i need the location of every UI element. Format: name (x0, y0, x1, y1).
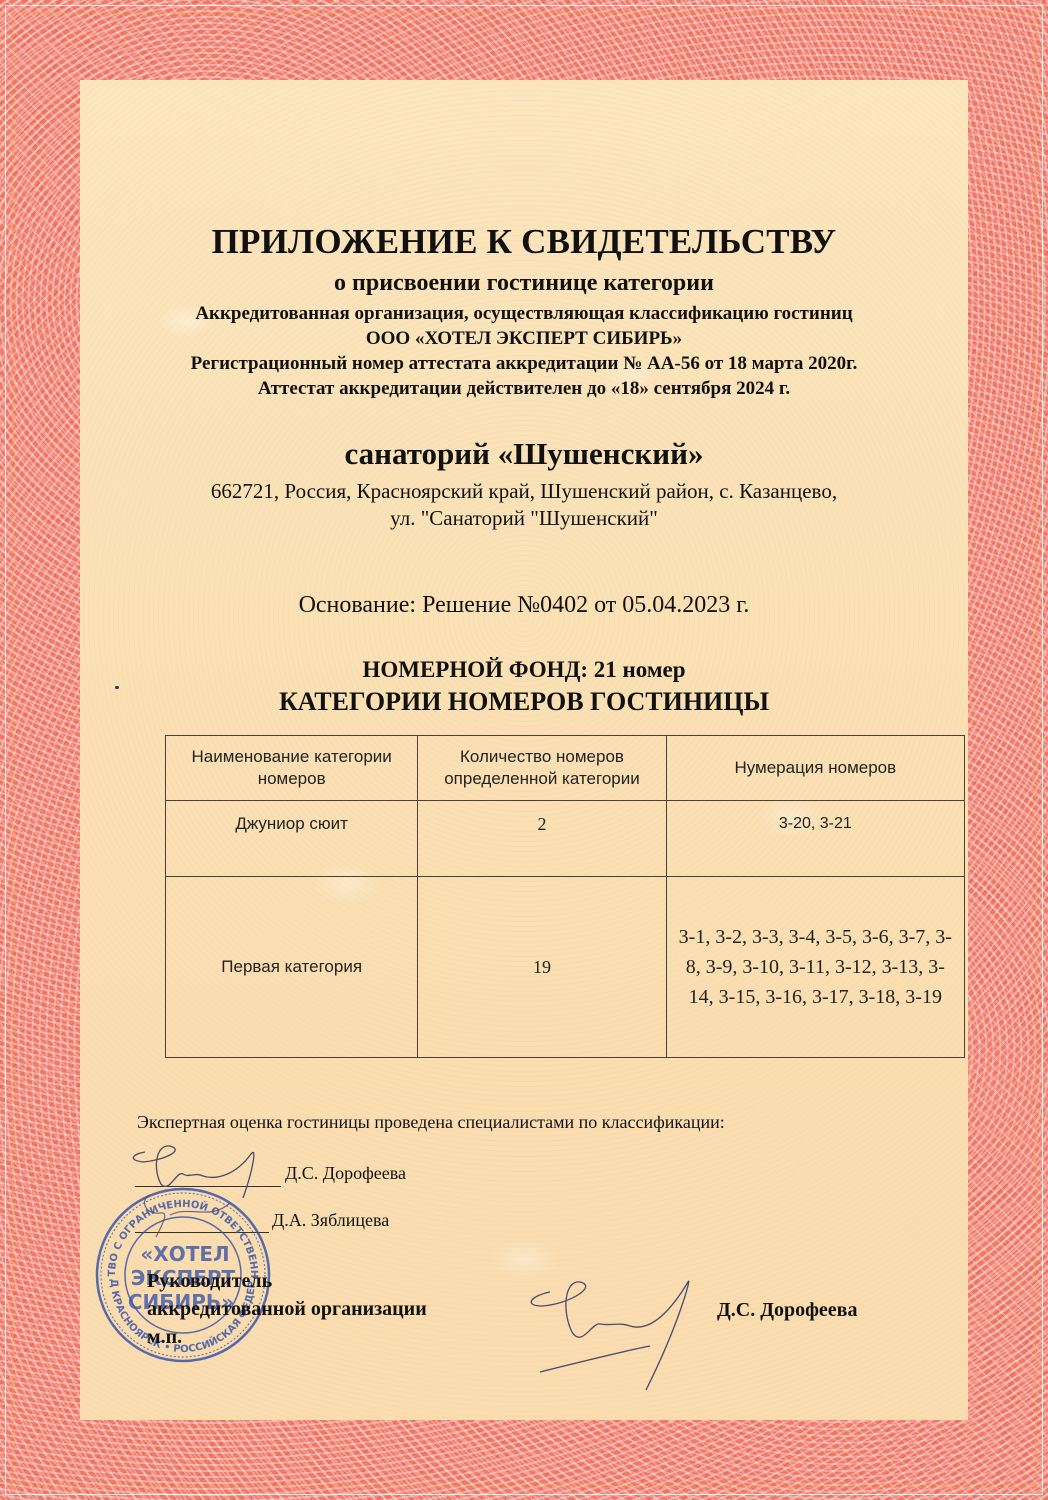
head-of-organization-title: Руководитель аккредитованной организации… (147, 1267, 427, 1351)
table-row: Первая категория 19 3-1, 3-2, 3-3, 3-4, … (166, 877, 965, 1058)
decision-basis: Основание: Решение №0402 от 05.04.2023 г… (0, 592, 1048, 619)
accreditation-validity: Аттестат аккредитации действителен до «1… (0, 378, 1048, 400)
seal-place-label: м.п. (147, 1323, 427, 1351)
cell-numbers: 3-20, 3-21 (666, 801, 964, 877)
cell-count: 2 (418, 801, 666, 877)
table-row: Джуниор сюит 2 3-20, 3-21 (166, 801, 965, 877)
head-name: Д.С. Дорофеева (717, 1299, 857, 1322)
categories-title: КАТЕГОРИИ НОМЕРОВ ГОСТИНИЦЫ (0, 687, 1048, 717)
cell-numbers: 3-1, 3-2, 3-3, 3-4, 3-5, 3-6, 3-7, 3-8, … (666, 877, 964, 1058)
accredited-org-line: Аккредитованная организация, осуществляю… (0, 303, 1048, 325)
expert-assessment-note: Экспертная оценка гостиницы проведена сп… (137, 1112, 725, 1133)
ink-dot (115, 686, 119, 689)
table-header-row: Наименование категории номеров Количеств… (166, 736, 965, 801)
accredited-org-name: ООО «ХОТЕЛ ЭКСПЕРТ СИБИРЬ» (0, 328, 1048, 350)
header-numbers: Нумерация номеров (666, 736, 964, 801)
expert-name-1: Д.С. Дорофеева (285, 1163, 406, 1184)
room-fund: НОМЕРНОЙ ФОНД: 21 номер (0, 657, 1048, 683)
expert-name-2: Д.А. Зяблицева (272, 1210, 389, 1231)
header-count: Количество номеров определенной категори… (418, 736, 666, 801)
svg-text:«ХОТЕЛ: «ХОТЕЛ (140, 1242, 229, 1266)
hotel-name: санаторий «Шушенский» (0, 436, 1048, 472)
hotel-address-line2: ул. "Санаторий "Шушенский" (0, 506, 1048, 531)
certificate-border: ПРИЛОЖЕНИЕ К СВИДЕТЕЛЬСТВУ о присвоении … (0, 0, 1048, 1500)
document-title: ПРИЛОЖЕНИЕ К СВИДЕТЕЛЬСТВУ (0, 222, 1048, 262)
header-category: Наименование категории номеров (166, 736, 418, 801)
cell-count: 19 (418, 877, 666, 1058)
cell-category: Первая категория (166, 877, 418, 1058)
hotel-address-line1: 662721, Россия, Красноярский край, Шушен… (0, 479, 1048, 504)
document-subtitle: о присвоении гостинице категории (0, 270, 1048, 297)
head-title-line1: Руководитель (147, 1267, 427, 1295)
registration-number: Регистрационный номер аттестата аккредит… (0, 353, 1048, 375)
room-categories-table: Наименование категории номеров Количеств… (165, 735, 965, 1058)
cell-category: Джуниор сюит (166, 801, 418, 877)
head-title-line2: аккредитованной организации (147, 1295, 427, 1323)
